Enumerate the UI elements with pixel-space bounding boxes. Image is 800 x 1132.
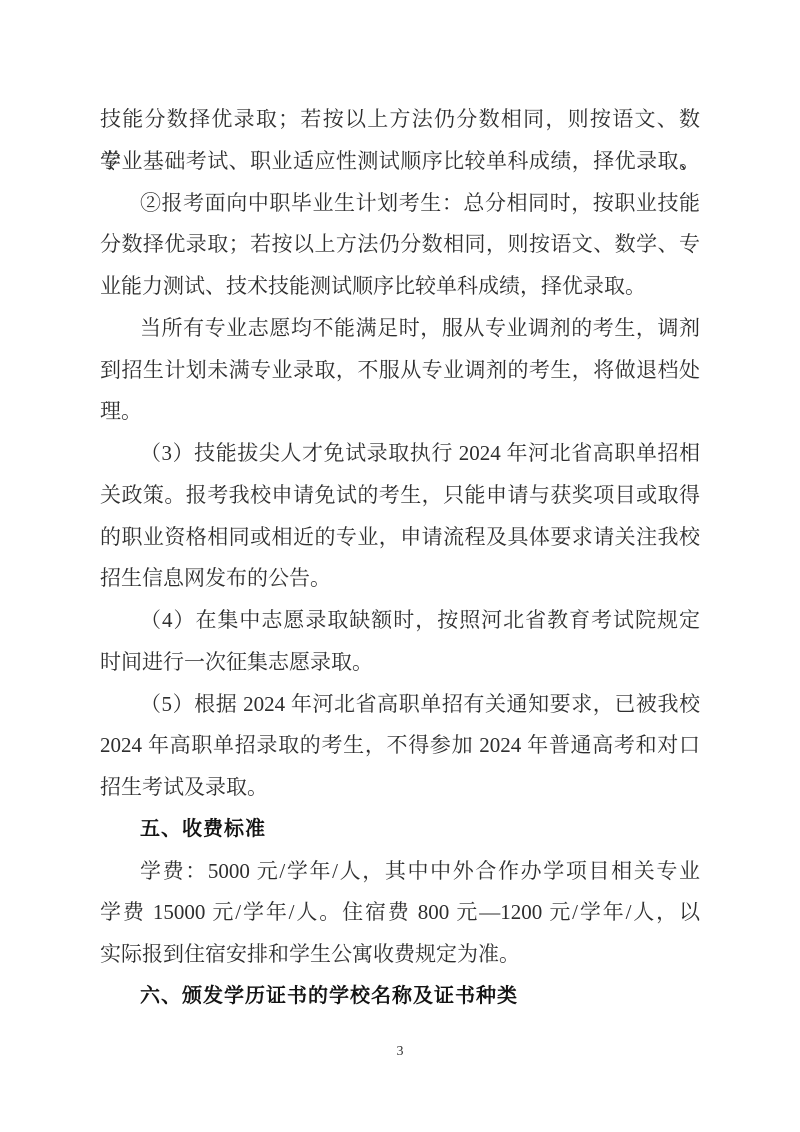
body-text-line: 分数择优录取；若按以上方法仍分数相同，则按语文、数学、专 (100, 224, 700, 266)
body-text-line: ②报考面向中职毕业生计划考生：总分相同时，按职业技能 (100, 183, 700, 225)
body-text-line: 技能分数择优录取；若按以上方法仍分数相同，则按语文、数学、 (100, 99, 700, 141)
document-page: 技能分数择优录取；若按以上方法仍分数相同，则按语文、数学、专业基础考试、职业适应… (0, 0, 800, 1132)
body-text-line: 时间进行一次征集志愿录取。 (100, 642, 700, 684)
body-text-line: 招生考试及录取。 (100, 767, 700, 809)
body-text-line: 到招生计划未满专业录取，不服从专业调剂的考生，将做退档处 (100, 350, 700, 392)
body-text-line: 学费 15000 元/学年/人。住宿费 800 元—1200 元/学年/人，以 (100, 892, 700, 934)
body-text-line: 业能力测试、技术技能测试顺序比较单科成绩，择优录取。 (100, 266, 700, 308)
body-text-line: 招生信息网发布的公告。 (100, 558, 700, 600)
body-text-line: 的职业资格相同或相近的专业，申请流程及具体要求请关注我校 (100, 517, 700, 559)
document-text-block: 技能分数择优录取；若按以上方法仍分数相同，则按语文、数学、专业基础考试、职业适应… (100, 99, 700, 1018)
body-text-line: 学费：5000 元/学年/人，其中中外合作办学项目相关专业 (100, 851, 700, 893)
section-heading: 五、收费标准 (100, 809, 700, 851)
body-text-line: （5）根据 2024 年河北省高职单招有关通知要求，已被我校 (100, 684, 700, 726)
page-number: 3 (0, 1044, 800, 1060)
section-heading: 六、颁发学历证书的学校名称及证书种类 (100, 976, 700, 1018)
body-text-line: 理。 (100, 391, 700, 433)
body-text-line: 2024 年高职单招录取的考生，不得参加 2024 年普通高考和对口 (100, 725, 700, 767)
body-text-line: 实际报到住宿安排和学生公寓收费规定为准。 (100, 934, 700, 976)
body-text-line: （3）技能拔尖人才免试录取执行 2024 年河北省高职单招相 (100, 433, 700, 475)
body-text-line: 当所有专业志愿均不能满足时，服从专业调剂的考生，调剂 (100, 308, 700, 350)
body-text-line: 关政策。报考我校申请免试的考生，只能申请与获奖项目或取得 (100, 475, 700, 517)
body-text-line: 专业基础考试、职业适应性测试顺序比较单科成绩，择优录取。 (100, 141, 700, 183)
body-text-line: （4）在集中志愿录取缺额时，按照河北省教育考试院规定 (100, 600, 700, 642)
